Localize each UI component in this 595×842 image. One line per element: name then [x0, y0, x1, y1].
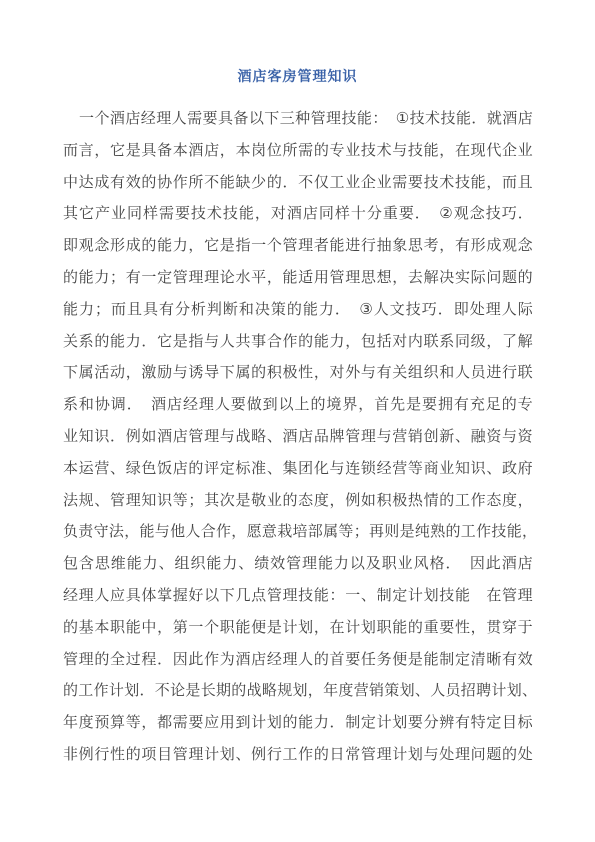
text-line: 下属活动，激励与诱导下属的积极性，对外与有关组织和人员进行联: [63, 357, 533, 389]
document-page: 酒店客房管理知识 一个酒店经理人需要具备以下三种管理技能： ①技术技能．就酒店而…: [0, 0, 595, 842]
text-line: 而言，它是具备本酒店，本岗位所需的专业技术与技能，在现代企业: [63, 135, 533, 167]
document-title: 酒店客房管理知识: [0, 0, 595, 87]
text-line: 负责守法，能与他人合作，愿意栽培部属等；再则是纯熟的工作技能，: [63, 516, 533, 548]
text-line: 管理的全过程．因此作为酒店经理人的首要任务便是能制定清晰有效: [63, 644, 533, 676]
text-line: 的能力；有一定管理理论水平，能适用管理思想，去解决实际问题的: [63, 262, 533, 294]
text-line: 系和协调． 酒店经理人要做到以上的境界，首先是要拥有充足的专: [63, 389, 533, 421]
text-line: 中达成有效的协作所不能缺少的．不仅工业企业需要技术技能，而且: [63, 167, 533, 199]
text-line: 能力；而且具有分析判断和决策的能力． ③人文技巧．即处理人际: [63, 294, 533, 326]
text-line: 关系的能力．它是指与人共事合作的能力，包括对内联系同级，了解: [63, 326, 533, 358]
text-line: 即观念形成的能力，它是指一个管理者能进行抽象思考，有形成观念: [63, 230, 533, 262]
text-line: 包含思维能力、组织能力、绩效管理能力以及职业风格． 因此酒店: [63, 548, 533, 580]
text-line: 的工作计划．不论是长期的战略规划，年度营销策划、人员招聘计划、: [63, 675, 533, 707]
text-line: 业知识．例如酒店管理与战略、酒店品牌管理与营销创新、融资与资: [63, 421, 533, 453]
text-line: 经理人应具体掌握好以下几点管理技能：一、制定计划技能 在管理: [63, 580, 533, 612]
text-line: 非例行性的项目管理计划、例行工作的日常管理计划与处理问题的处: [63, 739, 533, 771]
text-line: 的基本职能中，第一个职能便是计划，在计划职能的重要性，贯穿于: [63, 612, 533, 644]
text-line: 一个酒店经理人需要具备以下三种管理技能： ①技术技能．就酒店: [63, 103, 533, 135]
document-body: 一个酒店经理人需要具备以下三种管理技能： ①技术技能．就酒店而言，它是具备本酒店…: [0, 103, 595, 771]
text-line: 其它产业同样需要技术技能，对酒店同样十分重要． ②观念技巧．: [63, 198, 533, 230]
text-line: 年度预算等，都需要应用到计划的能力．制定计划要分辨有特定目标: [63, 707, 533, 739]
text-line: 本运营、绿色饭店的评定标准、集团化与连锁经营等商业知识、政府: [63, 453, 533, 485]
text-line: 法规、管理知识等；其次是敬业的态度，例如积极热情的工作态度，: [63, 485, 533, 517]
